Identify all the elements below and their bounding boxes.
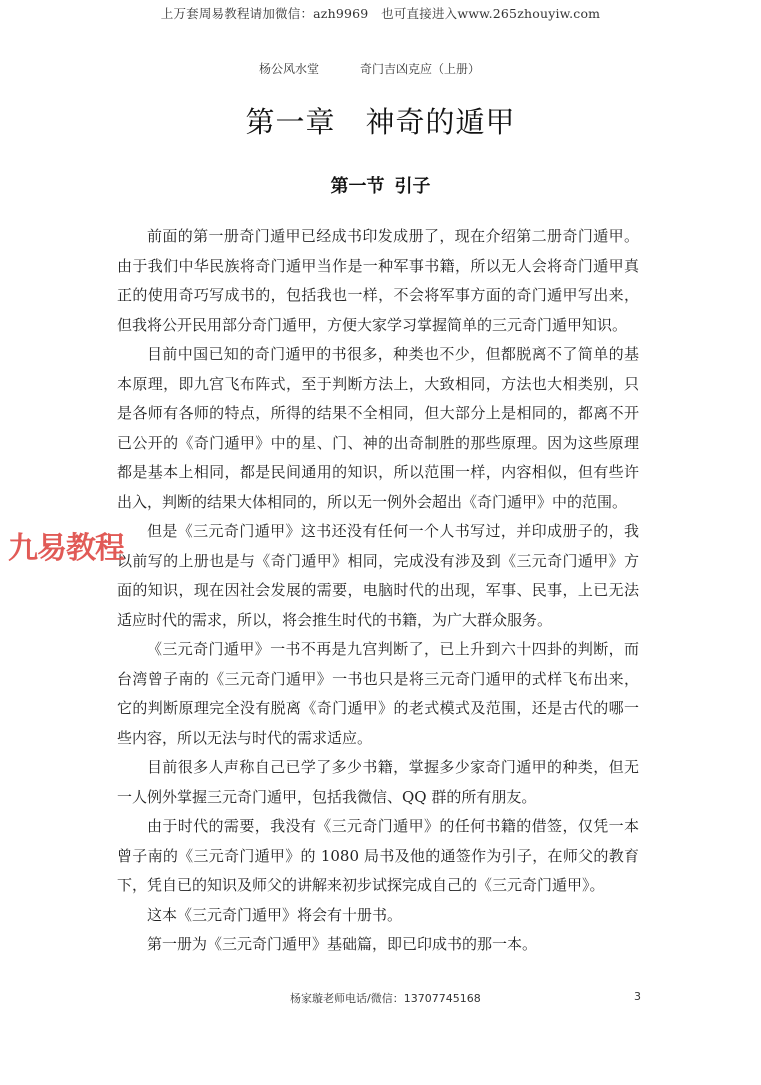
section-title: 第一节引子 (0, 172, 761, 198)
top-banner-ad: 上万套周易教程请加微信：azh9969 也可直接进入www.265zhouyiw… (0, 4, 761, 22)
chapter-number: 第一章 (245, 105, 335, 139)
chapter-title: 第一章神奇的遁甲 (0, 100, 761, 141)
running-header-left: 杨公风水堂 (259, 60, 319, 77)
body-text: 前面的第一册奇门遁甲已经成书印发成册了，现在介绍第二册奇门遁甲。由于我们中华民族… (117, 222, 639, 960)
chapter-name: 神奇的遁甲 (366, 105, 516, 139)
paragraph: 由于时代的需要，我没有《三元奇门遁甲》的任何书籍的借签，仅凭一本曾子南的《三元奇… (117, 812, 639, 901)
paragraph: 但是《三元奇门遁甲》这书还没有任何一个人书写过，并印成册子的，我以前写的上册也是… (117, 517, 639, 635)
running-header-right: 奇门吉凶克应（上册） (360, 60, 480, 77)
section-number: 第一节 (331, 176, 385, 197)
page-number: 3 (634, 990, 641, 1003)
paragraph: 第一册为《三元奇门遁甲》基础篇，即已印成书的那一本。 (117, 930, 639, 960)
paragraph: 前面的第一册奇门遁甲已经成书印发成册了，现在介绍第二册奇门遁甲。由于我们中华民族… (117, 222, 639, 340)
watermark-logo: 九易教程 (8, 523, 124, 567)
section-name: 引子 (395, 176, 431, 197)
footer-contact: 杨家璇老师电话/微信：13707745168 (290, 990, 481, 1006)
paragraph: 目前很多人声称自己已学了多少书籍，掌握多少家奇门遁甲的种类，但无一人例外掌握三元… (117, 753, 639, 812)
paragraph: 《三元奇门遁甲》一书不再是九宫判断了，已上升到六十四卦的判断，而台湾曾子南的《三… (117, 635, 639, 753)
paragraph: 目前中国已知的奇门遁甲的书很多，种类也不少，但都脱离不了简单的基本原理，即九宫飞… (117, 340, 639, 517)
paragraph: 这本《三元奇门遁甲》将会有十册书。 (117, 901, 639, 931)
